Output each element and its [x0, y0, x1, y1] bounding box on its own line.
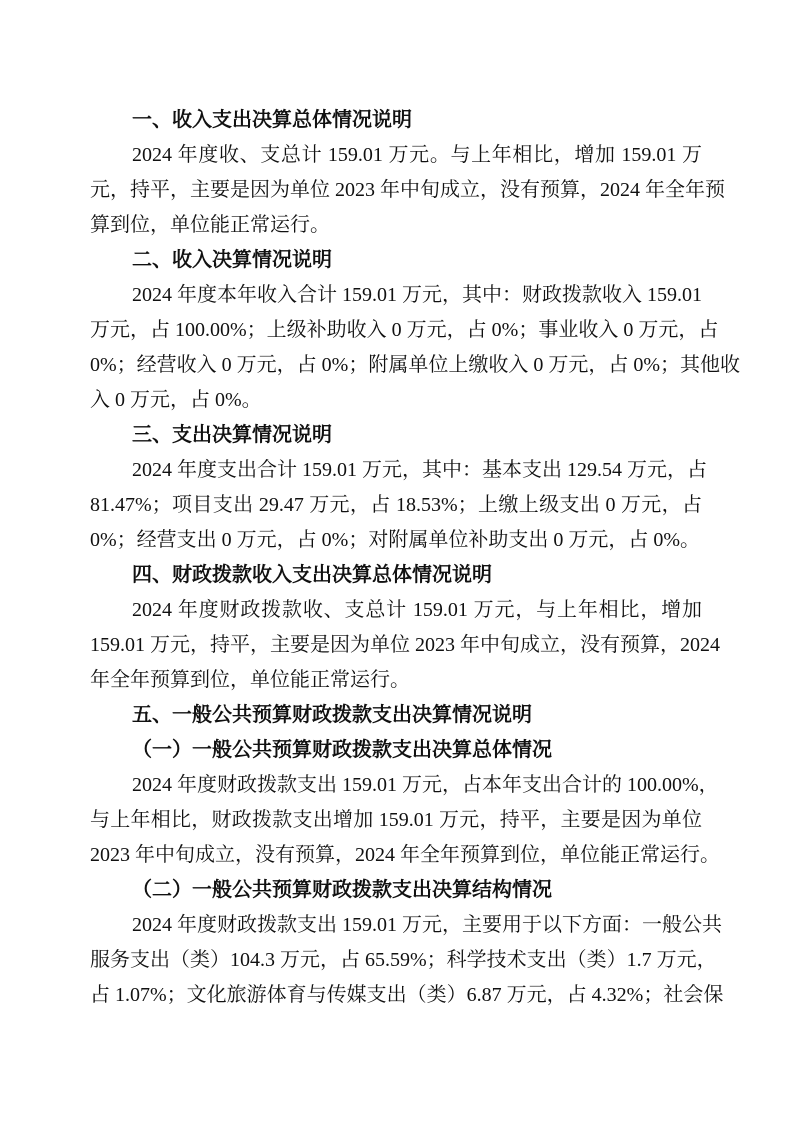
section-heading: 二、收入决算情况说明 [90, 243, 702, 278]
document-page: 一、收入支出决算总体情况说明2024 年度收、支总计 159.01 万元。与上年… [0, 0, 793, 1122]
paragraph-line: 服务支出（类）104.3 万元，占 65.59%；科学技术支出（类）1.7 万元… [90, 943, 702, 978]
paragraph-line: 入 0 万元，占 0%。 [90, 383, 702, 418]
section-heading: 四、财政拨款收入支出决算总体情况说明 [90, 558, 702, 593]
section-heading: 三、支出决算情况说明 [90, 418, 702, 453]
paragraph-line: 2024 年度本年收入合计 159.01 万元，其中：财政拨款收入 159.01 [90, 278, 702, 313]
paragraph-line: 元，持平，主要是因为单位 2023 年中旬成立，没有预算，2024 年全年预 [90, 173, 702, 208]
paragraph-line: 算到位，单位能正常运行。 [90, 208, 702, 243]
paragraph-line: 2024 年度收、支总计 159.01 万元。与上年相比，增加 159.01 万 [90, 138, 702, 173]
paragraph-line: 2023 年中旬成立，没有预算，2024 年全年预算到位，单位能正常运行。 [90, 838, 702, 873]
paragraph-line: 与上年相比，财政拨款支出增加 159.01 万元，持平，主要是因为单位 [90, 803, 702, 838]
paragraph-line: 2024 年度财政拨款收、支总计 159.01 万元，与上年相比，增加 [90, 593, 702, 628]
paragraph-line: 2024 年度财政拨款支出 159.01 万元，主要用于以下方面：一般公共 [90, 908, 702, 943]
paragraph-line: 年全年预算到位，单位能正常运行。 [90, 663, 702, 698]
paragraph-line: 万元，占 100.00%；上级补助收入 0 万元，占 0%；事业收入 0 万元，… [90, 313, 702, 348]
paragraph-line: 2024 年度财政拨款支出 159.01 万元，占本年支出合计的 100.00%… [90, 768, 702, 803]
paragraph-line: 0%；经营支出 0 万元，占 0%；对附属单位补助支出 0 万元，占 0%。 [90, 523, 702, 558]
subsection-heading: （二）一般公共预算财政拨款支出决算结构情况 [90, 873, 702, 908]
section-heading: 一、收入支出决算总体情况说明 [90, 103, 702, 138]
document-body: 一、收入支出决算总体情况说明2024 年度收、支总计 159.01 万元。与上年… [90, 103, 702, 1013]
section-heading: 五、一般公共预算财政拨款支出决算情况说明 [90, 698, 702, 733]
paragraph-line: 81.47%；项目支出 29.47 万元，占 18.53%；上缴上级支出 0 万… [90, 488, 702, 523]
paragraph-line: 2024 年度支出合计 159.01 万元，其中：基本支出 129.54 万元，… [90, 453, 702, 488]
subsection-heading: （一）一般公共预算财政拨款支出决算总体情况 [90, 733, 702, 768]
paragraph-line: 占 1.07%；文化旅游体育与传媒支出（类）6.87 万元，占 4.32%；社会… [90, 978, 702, 1013]
paragraph-line: 0%；经营收入 0 万元，占 0%；附属单位上缴收入 0 万元，占 0%；其他收 [90, 348, 702, 383]
paragraph-line: 159.01 万元，持平，主要是因为单位 2023 年中旬成立，没有预算，202… [90, 628, 702, 663]
